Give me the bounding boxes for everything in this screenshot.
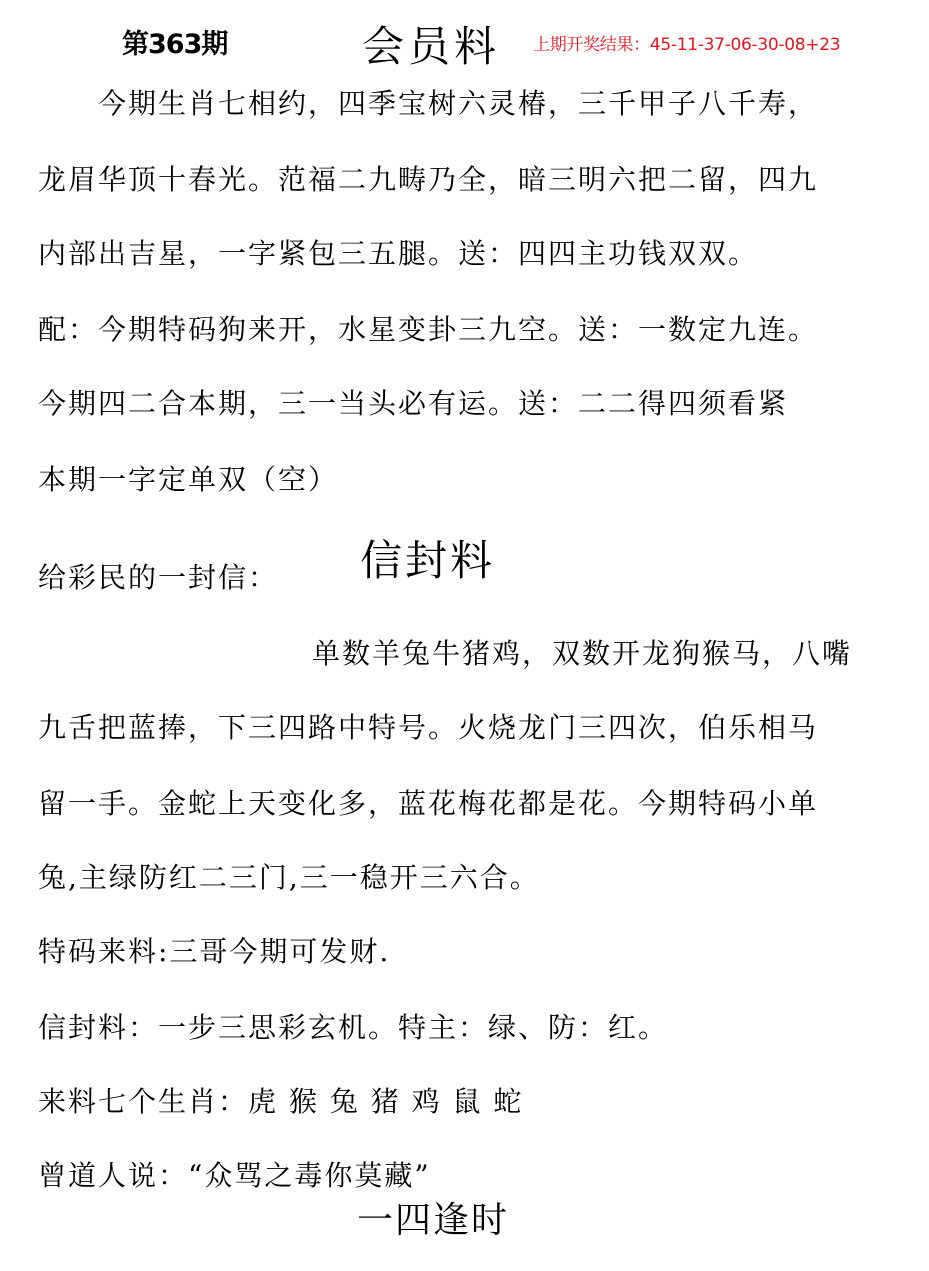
letter-line: 单数羊兔牛猪鸡，双数开龙狗猴马，八嘴 — [312, 632, 852, 672]
page-title: 会员料 — [362, 14, 500, 74]
poem-line: 内部出吉星，一字紧包三五腿。送：四四主功钱双双。 — [38, 232, 758, 272]
poem-line: 今期生肖七相约，四季宝树六灵椿，三千甲子八千寿， — [98, 82, 818, 122]
note-line: 特码来料:三哥今期可发财. — [38, 930, 390, 970]
poem-line: 本期一字定单双（空） — [38, 458, 338, 498]
note-line: 来料七个生肖：虎 猴 兔 猪 鸡 鼠 蛇 — [38, 1080, 523, 1120]
last-result: 上期开奖结果：45-11-37-06-30-08+23 — [533, 30, 840, 55]
poem-line: 今期四二合本期，三一当头必有运。送：二二得四须看紧 — [38, 382, 788, 422]
poem-line: 配：今期特码狗来开，水星变卦三九空。送：一数定九连。 — [38, 308, 818, 348]
last-result-value: 45-11-37-06-30-08+23 — [650, 35, 840, 55]
poem-line: 龙眉华顶十春光。范福二九畴乃全，暗三明六把二留，四九 — [38, 158, 818, 198]
letter-line: 留一手。金蛇上天变化多，蓝花梅花都是花。今期特码小单 — [38, 782, 818, 822]
letter-label: 给彩民的一封信： — [38, 556, 278, 596]
letter-title: 信封料 — [360, 528, 495, 588]
note-line: 曾道人说：“众骂之毒你莫藏” — [38, 1154, 431, 1194]
issue-number: 第363期 — [122, 22, 227, 61]
note-line: 信封料：一步三思彩玄机。特主：绿、防：红。 — [38, 1006, 668, 1046]
footer-title: 一四逢时 — [357, 1192, 509, 1243]
letter-line: 兔,主绿防红二三门,三一稳开三六合。 — [38, 856, 540, 896]
last-result-label: 上期开奖结果： — [533, 35, 650, 55]
letter-line: 九舌把蓝捧，下三四路中特号。火烧龙门三四次，伯乐相马 — [38, 706, 818, 746]
